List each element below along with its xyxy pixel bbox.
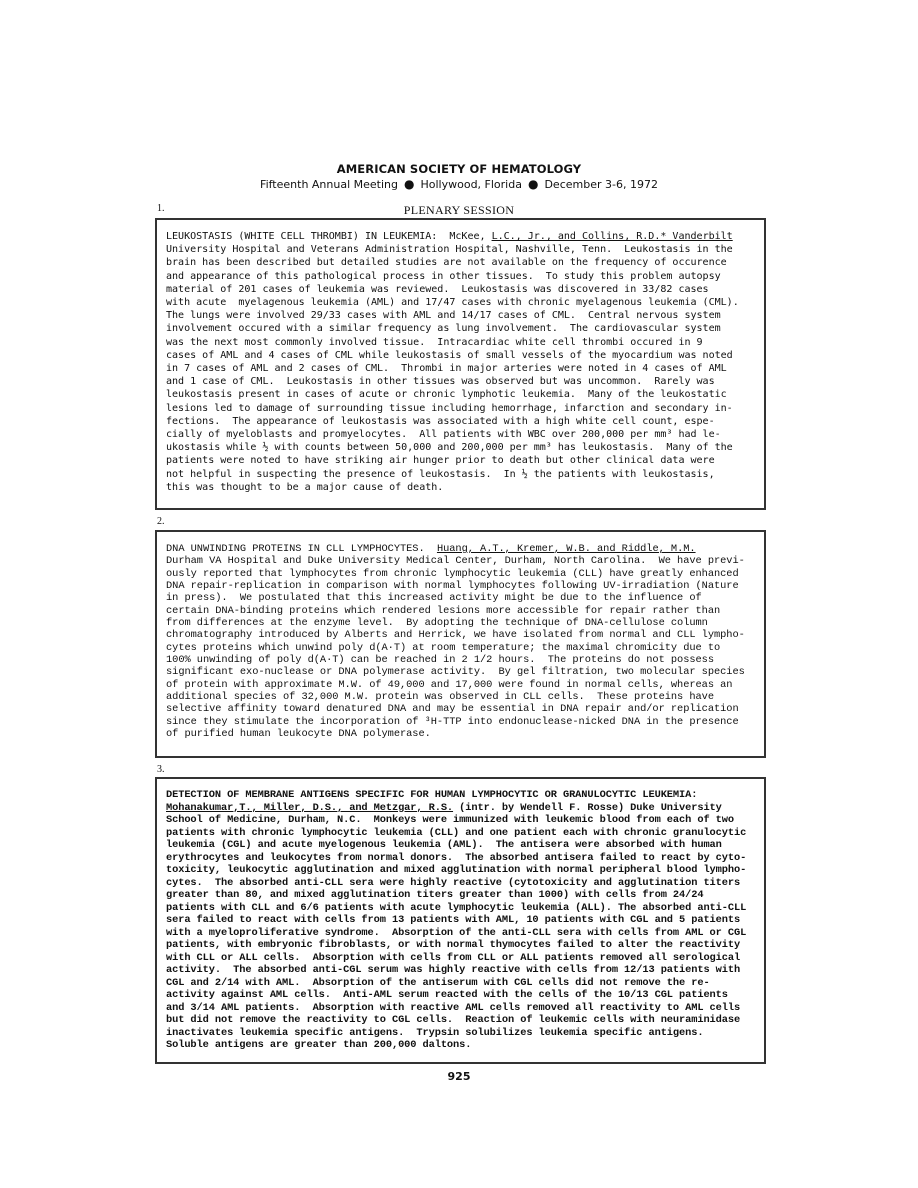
abstract-text: Durham VA Hospital and Duke University M… [166, 555, 745, 740]
abstract-title: DNA UNWINDING PROTEINS IN CLL LYMPHOCYTE… [166, 543, 425, 555]
abstract-box: DETECTION OF MEMBRANE ANTIGENS SPECIFIC … [155, 777, 766, 1064]
bullet-icon: ● [404, 177, 414, 191]
abstract-text: University Hospital and Veterans Adminis… [166, 244, 739, 493]
society-title: AMERICAN SOCIETY OF HEMATOLOGY [0, 162, 918, 176]
abstract-authors-underlined: L.C., Jr., and Collins, R.D.* Vanderbilt [492, 231, 733, 242]
meeting-location: Hollywood, Florida [420, 178, 521, 191]
abstract-body: DETECTION OF MEMBRANE ANTIGENS SPECIFIC … [166, 789, 758, 1052]
abstract-number: 2. [157, 516, 165, 527]
abstract-authors: McKee, [449, 231, 491, 242]
meeting-name: Fifteenth Annual Meeting [260, 178, 398, 191]
meeting-line: Fifteenth Annual Meeting●Hollywood, Flor… [0, 177, 918, 191]
abstract-box: DNA UNWINDING PROTEINS IN CLL LYMPHOCYTE… [155, 530, 766, 758]
abstract-body: DNA UNWINDING PROTEINS IN CLL LYMPHOCYTE… [166, 543, 758, 741]
abstract-body: LEUKOSTASIS (WHITE CELL THROMBI) IN LEUK… [166, 230, 758, 494]
abstract-title: LEUKOSTASIS (WHITE CELL THROMBI) IN LEUK… [166, 231, 437, 242]
page-number: 925 [0, 1070, 918, 1083]
abstract-text: School of Medicine, Durham, N.C. Monkeys… [166, 814, 746, 1051]
abstract-number: 1. [157, 203, 165, 214]
abstract-number: 3. [157, 764, 165, 775]
abstract-box: LEUKOSTASIS (WHITE CELL THROMBI) IN LEUK… [155, 218, 766, 510]
abstract-authors-underlined: Huang, A.T., Kremer, W.B. and Riddle, M.… [437, 543, 696, 555]
abstract-title: DETECTION OF MEMBRANE ANTIGENS SPECIFIC … [166, 789, 697, 801]
session-title: PLENARY SESSION [0, 203, 918, 218]
bullet-icon: ● [528, 177, 538, 191]
abstract-authors-underlined: Mohanakumar,T., Miller, D.S., and Metzga… [166, 802, 453, 814]
meeting-dates: December 3-6, 1972 [544, 178, 658, 191]
abstract-authors-rest: (intr. by Wendell F. Rosse) Duke Univers… [453, 802, 722, 814]
